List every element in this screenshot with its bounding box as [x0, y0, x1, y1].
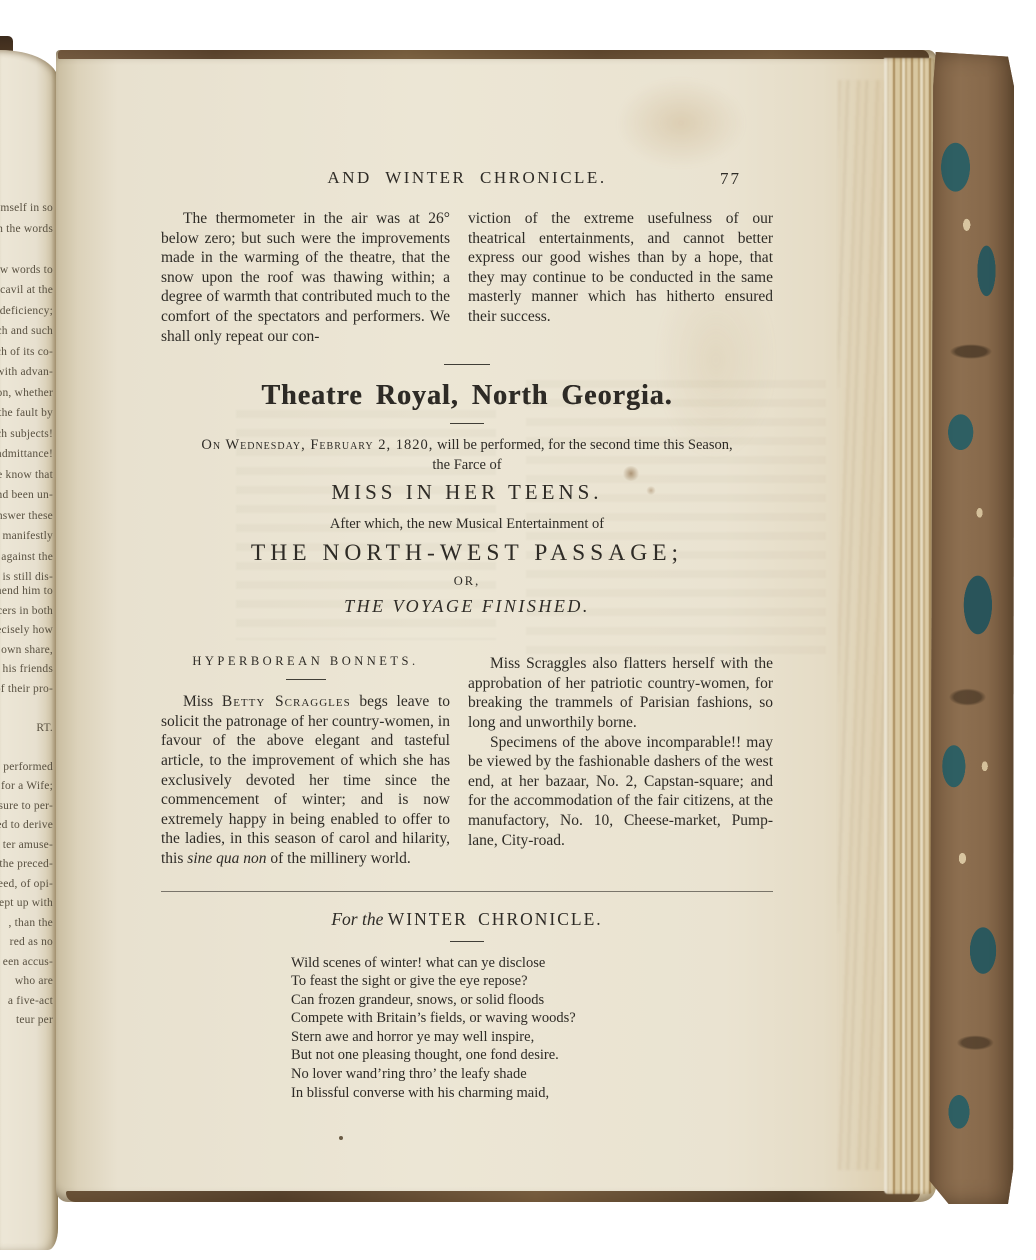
poem-heading-caps: WINTER CHRONICLE.	[388, 909, 603, 929]
poem-line: Compete with Britain’s fields, or waving…	[291, 1009, 773, 1028]
advert-right-column: Miss Scraggles also flatters herself wit…	[468, 654, 773, 868]
intro-left-paragraph: The thermometer in the air was at 26° be…	[161, 209, 450, 346]
intro-right-column: viction of the extreme usefulness of our…	[468, 209, 773, 346]
poem-line: Stern awe and horror ye may well inspire…	[291, 1028, 773, 1047]
book-page: AND WINTER CHRONICLE. 77 The thermometer…	[56, 50, 936, 1202]
foxing-stain	[616, 78, 746, 168]
entertainment-subtitle: THE VOYAGE FINISHED.	[161, 596, 773, 617]
section-divider	[444, 364, 490, 365]
poem-section-divider	[161, 891, 773, 892]
page-top-edge	[58, 50, 929, 59]
marbled-cover-board	[928, 52, 1014, 1204]
intro-section: The thermometer in the air was at 26° be…	[161, 209, 773, 346]
advert-left-lead: Miss	[183, 693, 222, 710]
page-bottom-edge	[66, 1191, 920, 1202]
or-label: OR,	[161, 574, 773, 589]
advert-left-column: HYPERBOREAN BONNETS. Miss Betty Scraggle…	[161, 654, 450, 868]
advert-left-paragraph: Miss Betty Scraggles begs leave to solic…	[161, 692, 450, 868]
playbill-announcement: On Wednesday, February 2, 1820, will be …	[161, 437, 773, 454]
poem-heading-rule	[450, 941, 484, 942]
advert-left-body: begs leave to solicit the patronage of h…	[161, 693, 450, 867]
poem-line: In blissful converse with his charming m…	[291, 1084, 773, 1103]
page-block-edges	[884, 58, 936, 1194]
advert-right-paragraph-2: Specimens of the above incomparable!! ma…	[468, 733, 773, 851]
facing-page-edge: mit himself in so which the words a few …	[0, 50, 58, 1250]
after-which-label: After which, the new Musical Entertainme…	[161, 516, 773, 533]
poem-line: No lover wand’ring thro’ the leafy shade	[291, 1065, 773, 1084]
advert-heading: HYPERBOREAN BONNETS.	[161, 654, 450, 669]
playbill-announcement-rest: will be performed, for the second time t…	[433, 437, 732, 453]
running-header: AND WINTER CHRONICLE. 77	[161, 168, 773, 188]
ink-speck	[339, 1136, 343, 1140]
page-content: AND WINTER CHRONICLE. 77 The thermometer…	[161, 168, 773, 1102]
advert-proprietor-name: Betty Scraggles	[222, 693, 351, 710]
farce-label: the Farce of	[161, 457, 773, 474]
book-photo: mit himself in so which the words a few …	[0, 0, 1036, 1260]
facing-page-text-fragments-bottom: mend him to ficers in both recisely how …	[0, 582, 53, 1031]
playbill-date: On Wednesday, February 2, 1820,	[201, 437, 433, 453]
page-number: 77	[720, 169, 741, 189]
poem-section-heading: For the WINTER CHRONICLE.	[161, 909, 773, 930]
poem-line: Can frozen grandeur, snows, or solid flo…	[291, 991, 773, 1010]
advert-section: HYPERBOREAN BONNETS. Miss Betty Scraggle…	[161, 654, 773, 868]
page-title: AND WINTER CHRONICLE.	[327, 168, 606, 187]
advert-right-paragraph-1: Miss Scraggles also flatters herself wit…	[468, 654, 773, 732]
poem-line: Wild scenes of winter! what can ye discl…	[291, 954, 773, 973]
advert-latin-phrase: sine qua non	[187, 850, 266, 867]
intro-right-paragraph: viction of the extreme usefulness of our…	[468, 209, 773, 327]
theatre-royal-heading: Theatre Royal, North Georgia.	[161, 380, 773, 412]
advert-left-tail: of the millinery world.	[267, 850, 411, 867]
intro-left-column: The thermometer in the air was at 26° be…	[161, 209, 450, 346]
heading-rule	[450, 423, 484, 424]
advert-heading-rule	[286, 679, 326, 680]
facing-page-text-fragments-top: mit himself in so which the words a few …	[0, 198, 53, 588]
farce-title: MISS IN HER TEENS.	[161, 480, 773, 505]
poem-line: But not one pleasing thought, one fond d…	[291, 1046, 773, 1065]
poem-line: To feast the sight or give the eye repos…	[291, 972, 773, 991]
poem: Wild scenes of winter! what can ye discl…	[291, 954, 773, 1103]
poem-heading-italic: For the	[331, 909, 387, 929]
entertainment-title: THE NORTH-WEST PASSAGE;	[161, 540, 773, 567]
